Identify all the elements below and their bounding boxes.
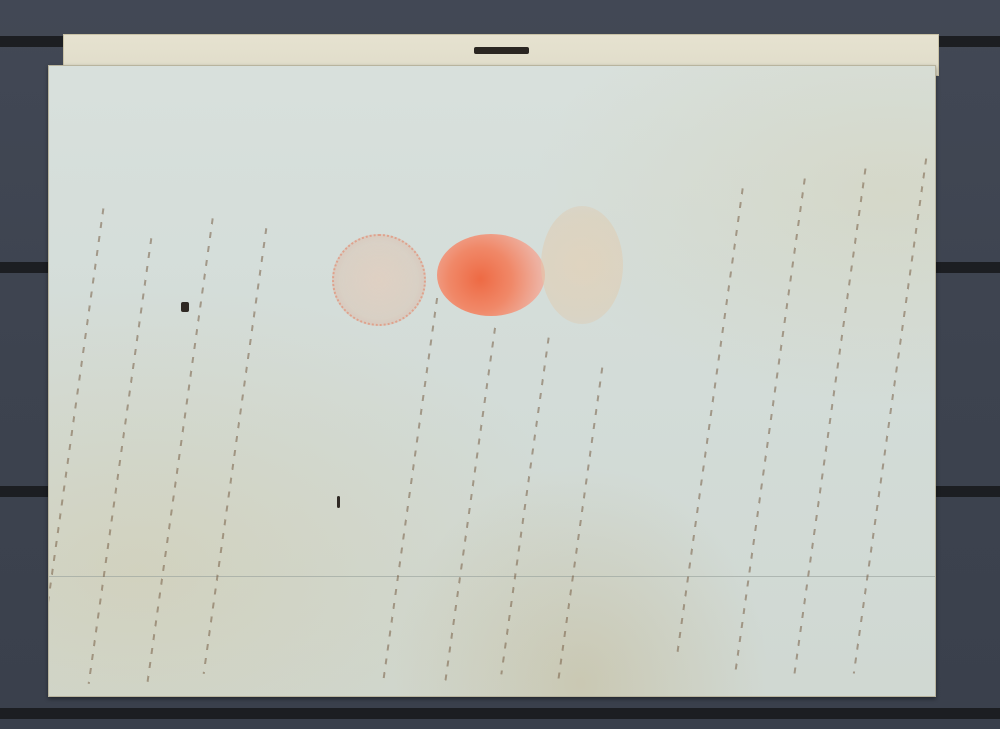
ink-blot [181,302,189,312]
handwriting-line [676,188,743,654]
handwriting-line [382,298,438,684]
handwriting-line [853,158,927,673]
letter-sheet [48,65,936,697]
handwriting-line [146,218,213,684]
wax-seal-remnant [541,206,623,324]
handwriting-line [794,168,867,673]
handwriting-line [734,178,806,673]
handwriting-line [557,367,604,684]
wax-seal-remnant [332,234,426,326]
mount-strip [0,708,1000,719]
handwriting-line [500,338,549,675]
handwriting-line [88,238,153,684]
ink-blot [337,496,340,508]
ink-mark [474,47,529,54]
fold-line [49,576,935,577]
handwriting-line [48,208,104,684]
handwriting-line [203,228,268,674]
handwriting-line [444,328,496,685]
red-wax-seal [437,234,545,316]
